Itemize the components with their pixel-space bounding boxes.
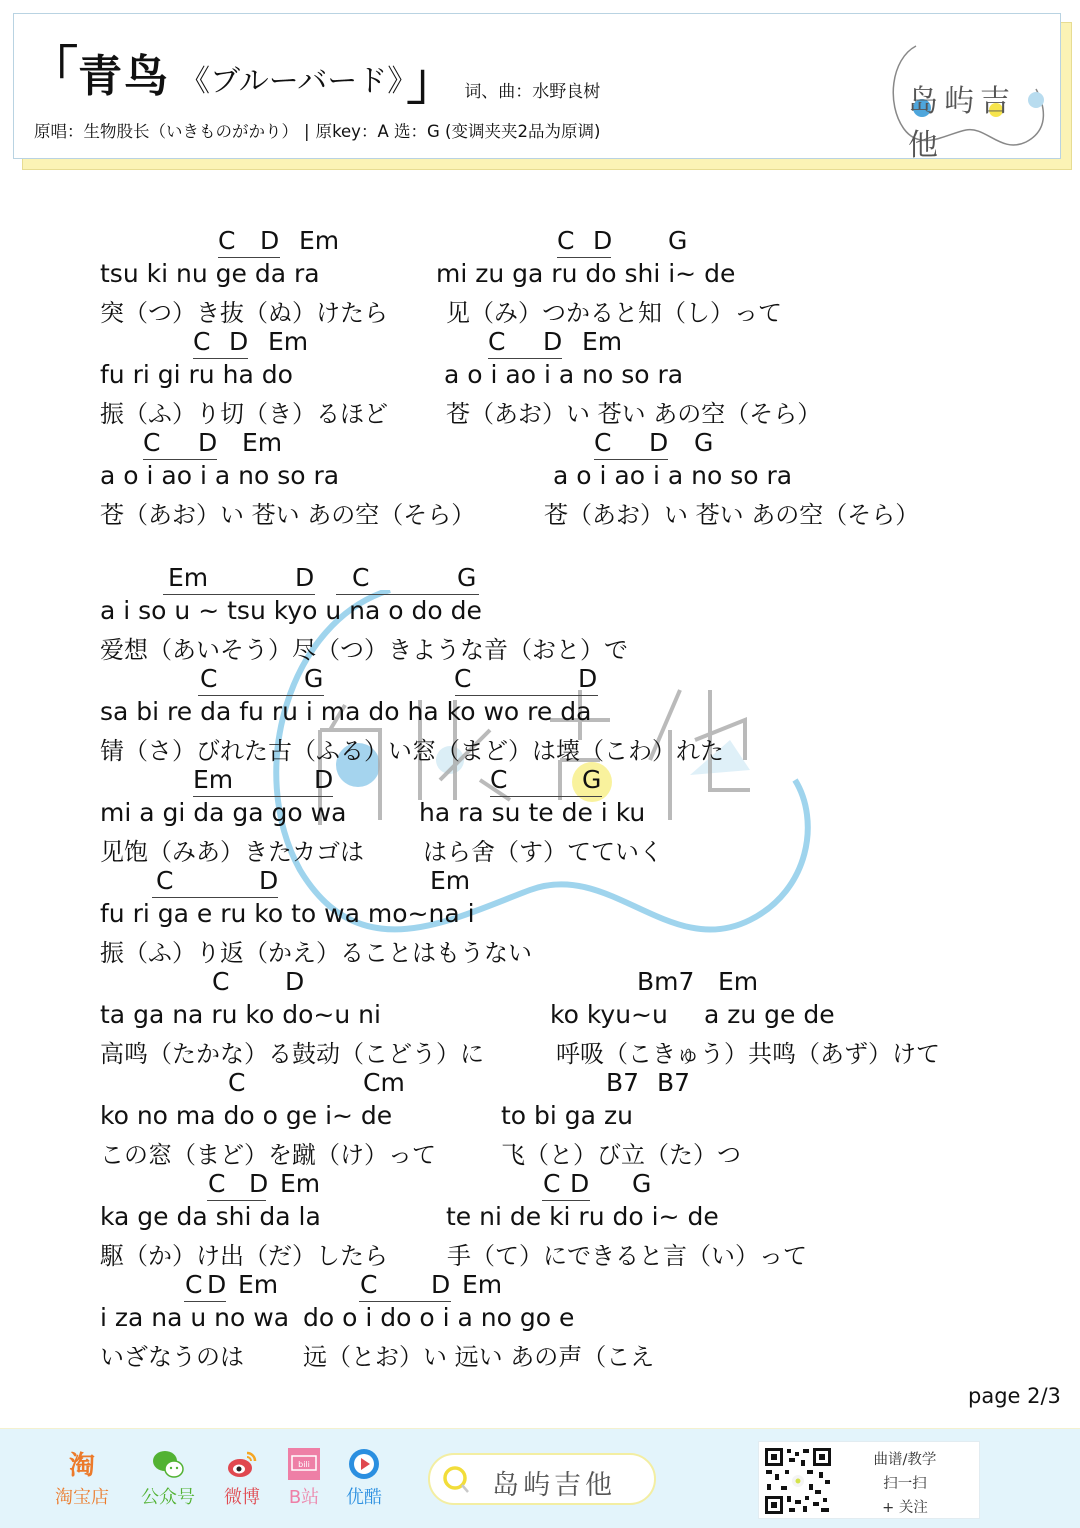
chord-symbol: C — [454, 664, 471, 693]
chord-line: CDBm7Em — [0, 967, 1080, 1001]
chord-symbol: C — [594, 428, 611, 457]
chord-symbol: G — [304, 664, 323, 693]
bilibili-icon: bili — [287, 1447, 321, 1481]
chord-line: CDEm — [0, 866, 1080, 900]
social-label: 微博 — [210, 1483, 274, 1509]
japanese-line: 駆（か）け出（だ）したら手（て）にできると言（い）って — [0, 1236, 1080, 1270]
romaji-line: ko no ma do o ge i~ deto bi ga zu — [0, 1101, 1080, 1135]
chord-symbol: D — [314, 765, 333, 794]
chord-symbol: C — [557, 226, 574, 255]
lyric-text: ta ga na ru ko do~u ni — [100, 1000, 381, 1029]
lyric-text: 苍（あお）い 苍い あの空（そら） — [544, 495, 919, 530]
lyric-text: 苍（あお）い 苍い あの空（そら） — [446, 394, 821, 429]
chord-line: CDEmCDG — [0, 226, 1080, 260]
chord-line: CCmB7B7 — [0, 1068, 1080, 1102]
lyric-text: ha ra su te de i ku — [419, 798, 645, 827]
lyric-text: この窓（まど）を蹴（け）って — [100, 1135, 436, 1170]
chord-symbol: Em — [242, 428, 282, 457]
lyric-text: ka ge da shi da la — [100, 1202, 321, 1231]
chord-symbol: Em — [280, 1169, 320, 1198]
footer-bar: 淘 淘宝店 公众号 微博 bili B站 优酷 岛屿吉他 — [0, 1428, 1080, 1528]
social-label: B站 — [272, 1483, 336, 1509]
lyric-text: 爱想（あいそう）尽（つ）きような音（おと）で — [100, 630, 628, 665]
qr-line-2: 扫一扫 — [849, 1472, 961, 1496]
lyric-text: 苍（あお）い 苍い あの空（そら） — [100, 495, 475, 530]
japanese-line: 振（ふ）り切（き）るほど苍（あお）い 苍い あの空（そら） — [0, 394, 1080, 428]
lyric-text: 手（て）にできると言（い）って — [447, 1236, 807, 1271]
romaji-line: i za na u no wado o i do o i a no go e — [0, 1303, 1080, 1337]
lyric-text: はら舍（す）てていく — [423, 832, 663, 867]
chord-underline — [207, 1200, 266, 1201]
chord-symbol: D — [649, 428, 668, 457]
chord-symbol: B7 — [657, 1068, 690, 1097]
social-label: 淘宝店 — [50, 1483, 114, 1509]
chord-line: EmDCG — [0, 563, 1080, 597]
japanese-line: いざなうのは远（とお）い 远い あの声（こえ — [0, 1337, 1080, 1371]
romaji-line: mi a gi da ga go waha ra su te de i ku — [0, 798, 1080, 832]
chord-line: CGCD — [0, 664, 1080, 698]
lyric-text: mi zu ga ru do shi i~ de — [436, 259, 735, 288]
chord-underline — [163, 594, 315, 595]
chord-symbol: G — [668, 226, 687, 255]
chord-underline — [193, 796, 333, 797]
chord-symbol: G — [457, 563, 476, 592]
lyric-text: a zu ge de — [704, 1000, 835, 1029]
romaji-line: tsu ki nu ge da rami zu ga ru do shi i~ … — [0, 259, 1080, 293]
chord-underline — [490, 796, 602, 797]
romaji-line: ta ga na ru ko do~u niko kyu~ua zu ge de — [0, 1000, 1080, 1034]
social-weibo[interactable]: 微博 — [210, 1447, 274, 1509]
romaji-line: fu ri gi ru ha doa o i ao i a no so ra — [0, 360, 1080, 394]
chord-symbol: D — [431, 1270, 450, 1299]
lyric-text: tsu ki nu ge da ra — [100, 259, 320, 288]
lyric-text: a i so u ~ tsu kyo u na o do de — [100, 596, 482, 625]
lyric-text: fu ri ga e ru ko to wa mo~na i — [100, 899, 475, 928]
lyric-text: sa bi re da fu ru i ma do ha ko wo re da — [100, 697, 591, 726]
qr-caption: 曲谱/教学 扫一扫 + 关注 — [849, 1448, 961, 1520]
qr-card: 曲谱/教学 扫一扫 + 关注 — [758, 1441, 980, 1519]
chord-symbol: D — [260, 226, 279, 255]
japanese-line: 苍（あお）い 苍い あの空（そら）苍（あお）い 苍い あの空（そら） — [0, 495, 1080, 529]
svg-text:淘: 淘 — [69, 1451, 95, 1481]
lyrics-sheet: CDEmCDGtsu ki nu ge da rami zu ga ru do … — [0, 0, 1080, 1400]
youku-icon — [347, 1447, 381, 1481]
lyric-text: ko no ma do o ge i~ de — [100, 1101, 392, 1130]
chord-symbol: Em — [718, 967, 758, 996]
social-label: 优酷 — [332, 1483, 396, 1509]
chord-symbol: D — [249, 1169, 268, 1198]
lyric-text: 振（ふ）り切（き）るほど — [100, 394, 388, 429]
chord-symbol: C — [193, 327, 210, 356]
chord-symbol: D — [198, 428, 217, 457]
chord-symbol: Em — [430, 866, 470, 895]
chord-symbol: Em — [299, 226, 339, 255]
lyric-text: 突（つ）き抜（ぬ）けたら — [100, 293, 388, 328]
chord-symbol: B7 — [606, 1068, 639, 1097]
chord-symbol: Em — [238, 1270, 278, 1299]
chord-symbol: Em — [168, 563, 208, 592]
chord-underline — [455, 695, 598, 696]
lyric-text: mi a gi da ga go wa — [100, 798, 346, 827]
weibo-icon — [225, 1447, 259, 1481]
chord-underline — [193, 358, 248, 359]
lyric-text: ko kyu~u — [550, 1000, 668, 1029]
chord-symbol: D — [207, 1270, 226, 1299]
lyric-text: te ni de ki ru do i~ de — [446, 1202, 719, 1231]
chord-symbol: D — [570, 1169, 589, 1198]
japanese-line: 振（ふ）り返（かえ）ることはもうない — [0, 933, 1080, 967]
chord-symbol: C — [143, 428, 160, 457]
chord-line: CDEmCDEm — [0, 1270, 1080, 1304]
social-label: 公众号 — [136, 1483, 200, 1509]
chord-symbol: C — [360, 1270, 377, 1299]
chord-underline — [218, 257, 280, 258]
chord-underline — [143, 459, 217, 460]
lyric-text: to bi ga zu — [501, 1101, 633, 1130]
chord-symbol: Em — [268, 327, 308, 356]
chord-symbol: D — [259, 866, 278, 895]
romaji-line: a i so u ~ tsu kyo u na o do de — [0, 596, 1080, 630]
social-wechat[interactable]: 公众号 — [136, 1447, 200, 1509]
chord-underline — [184, 1301, 226, 1302]
japanese-line: 爱想（あいそう）尽（つ）きような音（おと）で — [0, 630, 1080, 664]
chord-symbol: C — [228, 1068, 245, 1097]
taobao-icon: 淘 — [65, 1447, 99, 1481]
lyric-text: 飞（と）び立（た）つ — [501, 1135, 741, 1170]
lyric-text: a o i ao i a no so ra — [100, 461, 339, 490]
chord-symbol: C — [218, 226, 235, 255]
chord-symbol: D — [543, 327, 562, 356]
chord-symbol: C — [185, 1270, 202, 1299]
lyric-text: 远（とお）い 远い あの声（こえ — [303, 1337, 654, 1372]
chord-symbol: D — [229, 327, 248, 356]
social-youku[interactable]: 优酷 — [332, 1447, 396, 1509]
lyric-text: a o i ao i a no so ra — [553, 461, 792, 490]
chord-symbol: Bm7 — [637, 967, 694, 996]
search-text: 岛屿吉他 — [492, 1463, 616, 1502]
qr-line-1: 曲谱/教学 — [849, 1448, 961, 1472]
chord-line: EmDCG — [0, 765, 1080, 799]
chord-symbol: G — [694, 428, 713, 457]
chord-line: CDEmCDG — [0, 1169, 1080, 1203]
page-number: page 2/3 — [968, 1384, 1061, 1408]
wechat-icon — [151, 1447, 185, 1481]
romaji-line: fu ri ga e ru ko to wa mo~na i — [0, 899, 1080, 933]
lyric-text: 高鸣（たかな）る鼓动（こどう）に — [100, 1034, 484, 1069]
japanese-line: 锖（さ）びれた古（ふる）い窓（まど）は壊（こわ）れた — [0, 731, 1080, 765]
chord-symbol: Em — [462, 1270, 502, 1299]
chord-symbol: D — [285, 967, 304, 996]
chord-underline — [557, 257, 611, 258]
chord-symbol: C — [156, 866, 173, 895]
chord-symbol: Em — [582, 327, 622, 356]
chord-line: CDEmCDG — [0, 428, 1080, 462]
social-taobao[interactable]: 淘 淘宝店 — [50, 1447, 114, 1509]
chord-underline — [594, 459, 668, 460]
chord-symbol: C — [543, 1169, 560, 1198]
lyric-text: いざなうのは — [100, 1337, 244, 1372]
search-box[interactable]: 岛屿吉他 — [428, 1453, 656, 1505]
japanese-line: この窓（まど）を蹴（け）って飞（と）び立（た）つ — [0, 1135, 1080, 1169]
chord-underline — [198, 695, 324, 696]
lyric-text: 见（み）つかると知（し）って — [446, 293, 782, 328]
search-icon — [442, 1465, 472, 1495]
romaji-line: a o i ao i a no so raa o i ao i a no so … — [0, 461, 1080, 495]
chord-symbol: C — [352, 563, 369, 592]
chord-symbol: Cm — [363, 1068, 405, 1097]
qr-line-3: + 关注 — [849, 1496, 961, 1520]
chord-symbol: C — [490, 765, 507, 794]
japanese-line: 见饱（みあ）きたカゴははら舍（す）てていく — [0, 832, 1080, 866]
chord-symbol: C — [212, 967, 229, 996]
japanese-line: 突（つ）き抜（ぬ）けたら见（み）つかると知（し）って — [0, 293, 1080, 327]
japanese-line: 高鸣（たかな）る鼓动（こどう）に呼吸（こきゅう）共鸣（あず）けて — [0, 1034, 1080, 1068]
chord-line: CDEmCDEm — [0, 327, 1080, 361]
romaji-line: sa bi re da fu ru i ma do ha ko wo re da — [0, 697, 1080, 731]
lyric-text: a o i ao i a no so ra — [444, 360, 683, 389]
chord-symbol: C — [200, 664, 217, 693]
chord-symbol: G — [632, 1169, 651, 1198]
lyric-text: 振（ふ）り返（かえ）ることはもうない — [100, 933, 532, 968]
chord-symbol: C — [208, 1169, 225, 1198]
chord-symbol: C — [488, 327, 505, 356]
lyric-text: 见饱（みあ）きたカゴは — [100, 832, 364, 867]
lyric-text: fu ri gi ru ha do — [100, 360, 293, 389]
chord-symbol: D — [578, 664, 597, 693]
lyric-text: 駆（か）け出（だ）したら — [100, 1236, 388, 1271]
lyric-text: 呼吸（こきゅう）共鸣（あず）けて — [556, 1034, 940, 1069]
chord-underline — [488, 358, 562, 359]
chord-underline — [152, 897, 278, 898]
chord-underline — [542, 1200, 590, 1201]
chord-underline — [336, 594, 479, 595]
chord-symbol: Em — [193, 765, 233, 794]
qr-code-icon[interactable] — [763, 1446, 833, 1516]
chord-symbol: G — [582, 765, 601, 794]
lyric-text: do o i do o i a no go e — [303, 1303, 574, 1332]
chord-symbol: D — [295, 563, 314, 592]
svg-text:bili: bili — [298, 1460, 310, 1469]
lyric-text: i za na u no wa — [100, 1303, 289, 1332]
chord-underline — [359, 1301, 451, 1302]
social-bilibili[interactable]: bili B站 — [272, 1447, 336, 1509]
romaji-line: ka ge da shi da late ni de ki ru do i~ d… — [0, 1202, 1080, 1236]
lyric-text: 锖（さ）びれた古（ふる）い窓（まど）は壊（こわ）れた — [100, 731, 724, 766]
chord-symbol: D — [593, 226, 612, 255]
